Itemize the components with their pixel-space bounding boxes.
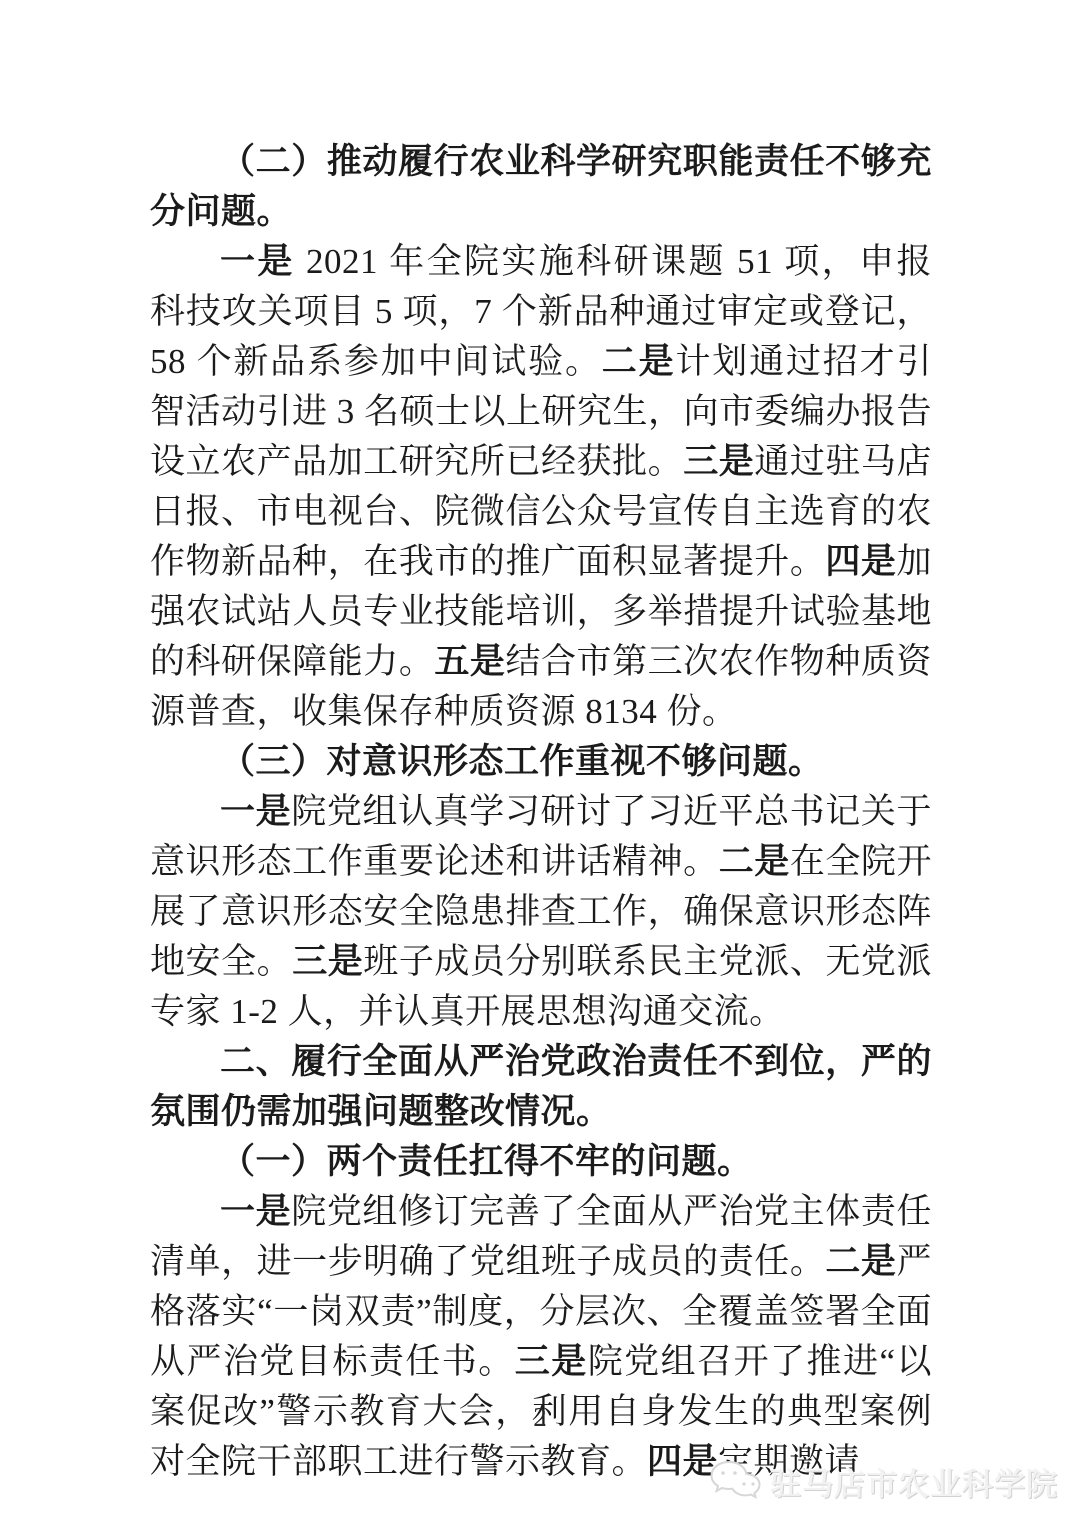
lead-in-1: 一是 bbox=[220, 242, 295, 281]
paragraph-research-duties: 一是 2021 年全院实施科研课题 51 项，申报科技攻关项目 5 项，7 个新… bbox=[150, 237, 932, 737]
watermark-text: 驻马店市农业科学院 bbox=[770, 1459, 1058, 1504]
lead-in-4: 四是 bbox=[825, 542, 896, 581]
wechat-icon bbox=[708, 1458, 762, 1504]
lead-in-2: 二是 bbox=[825, 1242, 896, 1281]
subheading-section-2: （二）推动履行农业科学研究职能责任不够充分问题。 bbox=[150, 137, 932, 237]
subheading-section-3: （三）对意识形态工作重视不够问题。 bbox=[150, 737, 932, 787]
lead-in-1: 一是 bbox=[220, 792, 291, 831]
paragraph-ideology: 一是院党组认真学习研讨了习近平总书记关于意识形态工作重要论述和讲话精神。二是在全… bbox=[150, 787, 932, 1037]
subheading-section-1: （一）两个责任扛得不牢的问题。 bbox=[150, 1137, 932, 1187]
lead-in-3: 三是 bbox=[292, 942, 363, 981]
footer-watermark: 驻马店市农业科学院 bbox=[708, 1458, 1058, 1504]
lead-in-2: 二是 bbox=[719, 842, 790, 881]
paragraph-responsibility: 一是院党组修订完善了全面从严治党主体责任清单，进一步明确了党组班子成员的责任。二… bbox=[150, 1187, 932, 1487]
lead-in-1: 一是 bbox=[220, 1192, 291, 1231]
lead-in-2: 二是 bbox=[602, 342, 676, 381]
document-page: （二）推动履行农业科学研究职能责任不够充分问题。 一是 2021 年全院实施科研… bbox=[0, 0, 1080, 1527]
heading-part-2: 二、履行全面从严治党政治责任不到位，严的氛围仍需加强问题整改情况。 bbox=[150, 1037, 932, 1137]
lead-in-5: 五是 bbox=[434, 642, 505, 681]
document-body: （二）推动履行农业科学研究职能责任不够充分问题。 一是 2021 年全院实施科研… bbox=[150, 137, 932, 1487]
lead-in-3: 三是 bbox=[515, 1342, 588, 1381]
lead-in-3: 三是 bbox=[683, 442, 754, 481]
page-number: 2 bbox=[0, 1402, 1080, 1433]
